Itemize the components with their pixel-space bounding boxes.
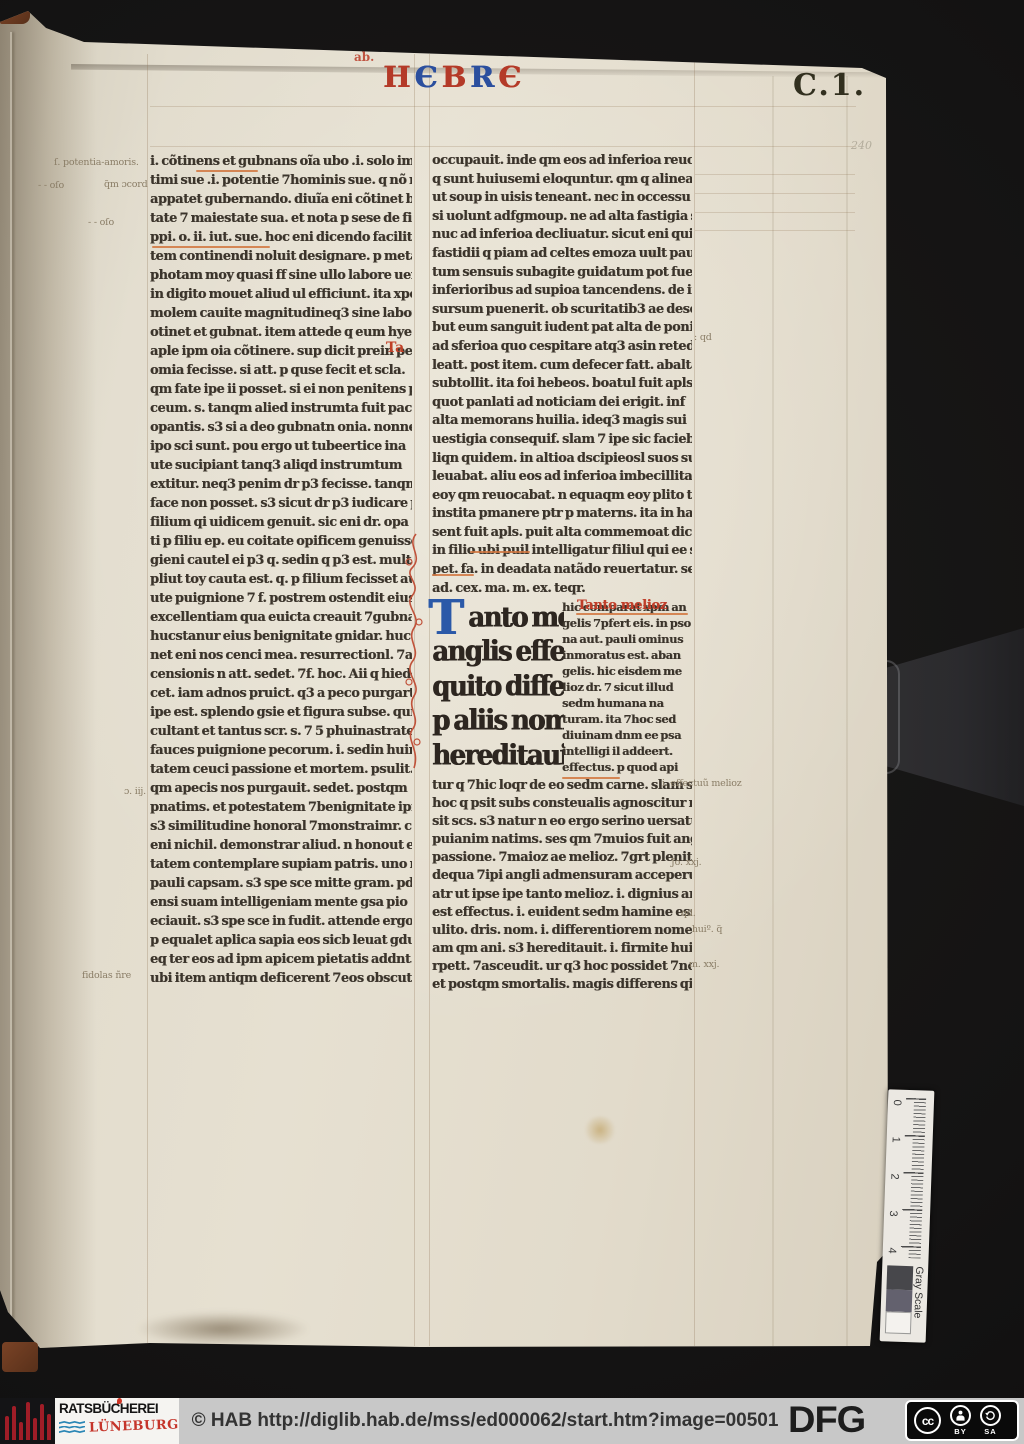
text-line: uestigia consequif. slam 7 ipe sic facie… (432, 431, 692, 450)
parchment-crease (772, 76, 774, 1346)
margin-note: - - oſo (38, 180, 64, 191)
text-line: ad. cex. ma. m. ex. teqr. (432, 580, 692, 599)
logo-bar (40, 1404, 44, 1440)
pencil-foliation: 240 (851, 139, 872, 152)
text-line: tur q 7hic loqr de eo sedm carne. slam s… (432, 777, 692, 795)
text-line: qm fate ipe ii posset. si ei non peniten… (150, 380, 412, 399)
text-line: ut soup in uisis teneant. nec in occessu… (432, 189, 692, 208)
text-line: eni nichil. demonstrar aliud. n honout e… (150, 836, 412, 855)
text-line: ipe est. splendo gsie et figura subse. q… (150, 703, 412, 722)
text-line: gelis 7pfert eis. in pso (562, 615, 694, 631)
rubrication-underline (196, 170, 258, 172)
margin-note: q̃m ɔcord (104, 179, 148, 190)
digitized-manuscript-viewer: ab. HЄBRЄ C.1. 240 i. cõtinens et gubnan… (0, 0, 1024, 1444)
by-label: BY (954, 1427, 966, 1436)
margin-note: m. xxj. (689, 959, 719, 970)
text-line: net eni nos cenci mea. resurrectionl. 7a… (150, 646, 412, 665)
text-line: filium qi uidicem genuit. sic eni dr. op… (150, 513, 412, 532)
rubrication-underline (432, 574, 474, 576)
red-touched-letters: Ta (386, 340, 404, 356)
text-line: inmoratus est. aban (562, 647, 694, 663)
text-line: leatt. post item. cum defecer fatt. abal… (432, 357, 692, 376)
parchment-crease (846, 76, 848, 1346)
rubrication-underline (470, 551, 530, 553)
text-line: eciauit. s3 spe sce in fudit. attende er… (150, 912, 412, 931)
text-line: pet. fa. in deadata natãdo reuertatur. s… (432, 561, 692, 580)
text-line: ceum. s. tanqm alied instrumta fuit pacs (150, 399, 412, 418)
cc-by-group: BY (950, 1405, 971, 1436)
grayscale-calibration-card: 01234 Gray Scale (880, 1089, 935, 1342)
title-letter: Є (498, 60, 525, 94)
margin-note: - - oſo (88, 217, 114, 228)
margin-note: i. effectuũ melioz (662, 778, 742, 789)
text-line: but eum sanguit iudent pat alta de ponit… (432, 319, 692, 338)
text-line: tate 7 maiestate sua. et nota p sese de … (150, 209, 412, 228)
margin-note: fidolas ñre (82, 970, 131, 981)
text-line: ute puignione 7 f. postrem ostendit eius (150, 589, 412, 608)
text-line: sent fuit apls. puit alta commemoat dice… (432, 524, 692, 543)
text-line: aple ipm oia cõtinere. sup dicit prein p… (150, 342, 412, 361)
text-line: instita pmanere ptr p materns. ita in ha… (432, 505, 692, 524)
illuminated-initial-T: T (428, 590, 464, 646)
ruler-number: 3 (887, 1210, 899, 1222)
margin-note: : qd (694, 332, 712, 343)
text-line: passione. 7maioz ae melioz. 7grt plenitu… (432, 849, 692, 867)
text-line: et postqm smortalis. magis differens qi … (432, 976, 692, 994)
chapter-folio-mark: C.1. (793, 68, 866, 103)
attribution-person-icon (950, 1405, 971, 1426)
text-line: molem cauite magnitudineq3 sine labore (150, 304, 412, 323)
text-line: inferioribus ad supioa tancendens. de in… (432, 282, 692, 301)
umlaut-flame-icon (117, 1398, 122, 1404)
text-line: q sunt huiusemi eloquntur. qm q alinea i… (432, 171, 692, 190)
text-line: opantis. s3 si a deo gubnatn onia. nonne… (150, 418, 412, 437)
text-line: excellentiam qua euicta creauit 7gubnat. (150, 608, 412, 627)
text-line: timi sue .i. potentie 7hominis sue. q nõ… (150, 171, 412, 190)
text-line: censionis n att. sedet. 7f. hoc. Aii q h… (150, 665, 412, 684)
ruling-line (695, 193, 855, 194)
text-line: occupauit. inde qm eos ad inferioa reuoc… (432, 152, 692, 171)
ruling-line (150, 106, 856, 107)
ruling-line (695, 212, 855, 213)
text-line: diuinam dnm ee psa (562, 727, 694, 743)
cc-license-badge: cc BY SA (905, 1400, 1019, 1441)
text-line: sursum puenerit. ob scuritatib3 ae deser… (432, 301, 692, 320)
library-name: RATSBÜCHEREI (59, 1401, 158, 1416)
gray-patch-white (885, 1311, 912, 1334)
text-line: na aut. pauli ominus (562, 631, 694, 647)
text-line: extitur. neq3 penim dr p3 fecisse. tanqm… (150, 475, 412, 494)
cc-icon: cc (914, 1407, 941, 1434)
text-line: tum sensuis subagite guidatum pot fuerit… (432, 264, 692, 283)
rubrication-underline (562, 777, 620, 779)
text-line: pnatims. et potestatem 7benignitate ipm (150, 798, 412, 817)
library-city: LÜNEBURG (89, 1417, 179, 1435)
logo-bar (12, 1406, 16, 1440)
ruler-number: 2 (888, 1173, 900, 1185)
logo-bar (33, 1418, 37, 1440)
text-line: ipo sci sunt. pou ergo ut tubeertice ina (150, 437, 412, 456)
sa-label: SA (984, 1427, 996, 1436)
text-line: fastidii q piam ad celtes emoza uult pau… (432, 245, 692, 264)
text-line: am qm ani. s3 hereditauit. i. firmite hu… (432, 940, 692, 958)
pen-flourish-decoration (402, 532, 428, 772)
ruler-number: 4 (885, 1247, 897, 1259)
text-line: turam. ita 7hoc sed (562, 711, 694, 727)
text-line: leuabat. aliu eos ad inferioa imbecillit… (432, 468, 692, 487)
text-line: sit scs. s3 natur n eo ergo serino uersa… (432, 813, 692, 831)
text-line: intelligi il addeert. (562, 743, 694, 759)
title-letter: Є (414, 60, 441, 94)
gray-patch-mid (886, 1289, 913, 1312)
text-line: liqn quidem. in altioa dscipieosl suos s… (432, 450, 692, 469)
text-line: fauces puignione pecorum. i. sedin huina… (150, 741, 412, 760)
text-line: puianim natims. ses qm 7muios fuit angli… (432, 831, 692, 849)
header-annotation: ab. (354, 50, 374, 64)
text-line: hoc q psit subs consteualis agnoscitur n… (432, 795, 692, 813)
text-line: sedm humana na (562, 695, 694, 711)
title-letter: R (470, 60, 498, 94)
ruler-ticks-major (901, 1098, 927, 1259)
text-line: qm apecis nos purgauit. sedet. postqm (150, 779, 412, 798)
text-line: cultant et tantus scr. s. 7 5 phuinastra… (150, 722, 412, 741)
text-line: rpett. 7asceudit. ur q3 hoc possidet 7no… (432, 958, 692, 976)
text-line: tatem contemplare supiam patris. uno n (150, 855, 412, 874)
ruler-number: 0 (891, 1099, 903, 1111)
text-line: hereditauit. (432, 738, 564, 772)
text-line: p aliis nomen (432, 703, 564, 739)
text-line: cet. iam adnos pruict. q3 a peco purgart… (150, 684, 412, 703)
text-line: effectus. p quod api (562, 759, 694, 775)
text-line: alta memorans huilia. ideq3 magis sui (432, 412, 692, 431)
text-line: eq ter eos ad ipm apicem pietatis addnt. (150, 950, 412, 969)
text-line: face non posset. s3 sicut dr p3 iudicare… (150, 494, 412, 513)
text-line: ubi item antiqm deficerent 7eos obscutta… (150, 969, 412, 988)
ruling-line (695, 174, 855, 175)
gray-patch-dark (886, 1265, 913, 1290)
text-line: s3 similitudine honoral 7monstraimr. cõs… (150, 817, 412, 836)
page-stack-edge (10, 32, 12, 1322)
text-line: gieni cautel ei p3 q. sedin q p3 est. mu… (150, 551, 412, 570)
cc-sa-group: SA (980, 1405, 1001, 1436)
text-column-right-bottom: tur q 7hic loqr de eo sedm carne. slam s… (432, 777, 692, 994)
rubrication-underline (576, 613, 688, 615)
text-line: omia fecisse. si att. p quse fecit et sc… (150, 361, 412, 380)
text-line: dequa 7ipi angli admensuram acceperut. s… (432, 867, 692, 885)
logo-bar (47, 1414, 51, 1440)
text-line: ulito. dris. nom. i. differentiorem nome… (432, 922, 692, 940)
text-line: lioz dr. 7 sicut illud (562, 679, 694, 695)
title-letter: H (383, 60, 414, 94)
text-line: i. cõtinens et gubnans oĩa ubo .i. solo … (150, 152, 412, 171)
ruling-line (429, 54, 430, 1346)
text-line: tem continendi noluit designare. p meta (150, 247, 412, 266)
text-line: est effectus. i. euident sedm hamine ess… (432, 904, 692, 922)
margin-note: qd. (681, 908, 696, 919)
ruling-line (694, 54, 695, 1346)
text-line: ti p filiu ep. eu coitate opificem genui… (150, 532, 412, 551)
text-line: ensi suam intelligeniam mente gsa pio (150, 893, 412, 912)
text-line: ad sferioa quo cespitare atq3 asin reted… (432, 338, 692, 357)
text-line: nuc ad inferioa decliuatur. sicut eni qu… (432, 226, 692, 245)
share-alike-arrow-icon (980, 1405, 1001, 1426)
copyright-url-text: © HAB http://diglib.hab.de/mss/ed000062/… (190, 1398, 780, 1444)
binding-leather-fragment (2, 1342, 38, 1372)
running-title-hebre: HЄBRЄ (383, 60, 525, 94)
footer-bar: RATSBÜCHEREI LÜNEBURG © HAB http://digli… (0, 1398, 1024, 1444)
text-line: gelis. hic eisdem me (562, 663, 694, 679)
text-line: pliut toy cauta est. q. p filium fecisse… (150, 570, 412, 589)
title-letter: B (441, 60, 470, 94)
text-line: ute sucipiant tanq3 aliqd instrumtum (150, 456, 412, 475)
text-line: hucstanur eius benignitate gnidar. hucoi… (150, 627, 412, 646)
text-line: si uolunt adfgmoup. ne ad alta fastigia … (432, 208, 692, 227)
margin-note: ſ. potentia-amoris. (54, 157, 139, 168)
ratsbuecherei-logo: RATSBÜCHEREI LÜNEBURG (55, 1398, 179, 1444)
parchment-edge-smudge (138, 1312, 308, 1346)
logo-bar (19, 1422, 23, 1440)
ruling-line (695, 230, 855, 231)
text-line: tatem ceuci passione et mortem. psulit. … (150, 760, 412, 779)
text-line: quito differeni (432, 669, 564, 705)
text-line: atr ut ipse ipe tanto melioz. i. dignius… (432, 886, 692, 904)
text-line: otinet et gubnat. item attede q eum hye … (150, 323, 412, 342)
text-line: in digito mouet aliud ul efficiunt. ita … (150, 285, 412, 304)
rubrication-underline (152, 246, 270, 248)
text-line: ppi. o. ii. iut. sue. hoc eni dicendo fa… (150, 228, 412, 247)
ruler-number: 1 (889, 1136, 901, 1148)
text-line: appatet gubernando. diuĩa eni cõtinet bo… (150, 190, 412, 209)
text-line: pauli capsam. s3 spe sce mitte gram. pd (150, 874, 412, 893)
text-line: p equalet aplica sapia eos sicb leuat gd… (150, 931, 412, 950)
ruling-line (150, 146, 856, 147)
dfg-logo: DFG (788, 1399, 865, 1441)
red-rubric: Tanto melioz (577, 598, 667, 613)
gloss-column: hic comparat xpm angelis 7pfert eis. in … (562, 599, 694, 775)
margin-note: - huiº. q̃ (686, 924, 722, 935)
text-line: eoy qm reuocabat. n equaqm eoy plito tem… (432, 487, 692, 506)
binding-gutter-shadow (0, 6, 110, 1350)
parchment-stain (583, 1116, 617, 1144)
open-book-wave-icon (59, 1421, 85, 1438)
text-column-left: i. cõtinens et gubnans oĩa ubo .i. solo … (150, 152, 412, 988)
margin-note: Jo. xxj. (671, 857, 701, 868)
text-line: quot panlati ad noticiam dei erigit. inf (432, 394, 692, 413)
margin-note: ɔ. iij. (124, 786, 146, 797)
ruling-line (147, 54, 148, 1346)
grayscale-label: Gray Scale (911, 1266, 926, 1342)
text-column-right-top: occupauit. inde qm eos ad inferioa reuoc… (432, 152, 692, 598)
library-bars-logo-icon (0, 1398, 55, 1444)
logo-bar (5, 1416, 9, 1440)
text-line: photam moy quasi ff sine ullo labore uer… (150, 266, 412, 285)
text-line: subtollit. ita foi hebeos. boatul fuit a… (432, 375, 692, 394)
logo-bar (26, 1402, 30, 1440)
